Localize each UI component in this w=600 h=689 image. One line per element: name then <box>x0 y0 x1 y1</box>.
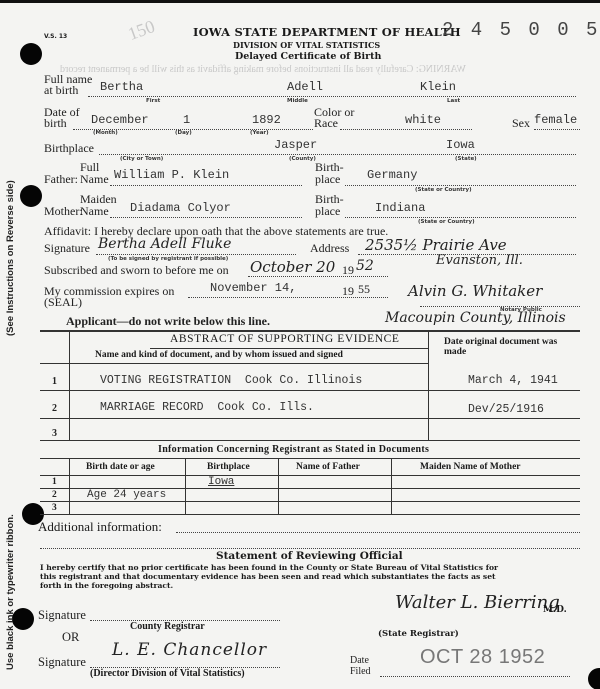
birthplace-label: Birthplace <box>44 141 94 156</box>
address-label: Address <box>310 241 349 256</box>
year-caption: (Year) <box>250 130 269 136</box>
director-signature-label: Signature <box>38 655 86 670</box>
side-ink-note: Use black ink or typewriter ribbon. <box>5 514 16 670</box>
sworn-date: October 20 <box>250 258 335 276</box>
header-division: DIVISION OF VITAL STATISTICS <box>233 40 380 50</box>
father-birthplace-label-2: place <box>315 172 340 187</box>
certificate-number: 2 4 5 0 0 5 <box>442 19 600 41</box>
county-caption: (County) <box>289 156 316 162</box>
info-header-father: Name of Father <box>296 462 360 472</box>
mother-name-label-2: Name <box>80 204 109 219</box>
table-rule <box>40 501 580 502</box>
dotted-line <box>345 217 576 218</box>
address-line-2: Evanston, Ill. <box>436 253 523 268</box>
dotted-line <box>188 297 388 298</box>
table-rule <box>40 390 580 391</box>
state-registrar-caption: (State Registrar) <box>378 629 459 639</box>
punch-hole <box>20 43 42 65</box>
birth-day: 1 <box>183 113 190 127</box>
or-label: OR <box>62 630 79 645</box>
day-caption: (Day) <box>175 130 192 136</box>
registrant-info-title: Information Concerning Registrant as Sta… <box>158 444 429 455</box>
punch-hole <box>20 185 42 207</box>
table-divider <box>185 458 186 514</box>
sex-label: Sex <box>512 116 530 131</box>
abstract-row-1-num: 1 <box>52 376 57 387</box>
abstract-col2-header: Date original document was made <box>444 337 574 357</box>
scan-top-edge <box>0 0 600 3</box>
abstract-col1-header: Name and kind of document, and by whom i… <box>95 350 343 360</box>
header-title: IOWA STATE DEPARTMENT OF HEALTH <box>193 25 461 39</box>
info-row-1-birthplace: Iowa <box>208 476 234 488</box>
birthplace-county: Jasper <box>274 138 317 152</box>
reviewing-text-3: forth in the foregoing abstract. <box>40 581 173 590</box>
state-caption: (State) <box>455 156 477 162</box>
abstract-row-1-date: March 4, 1941 <box>468 374 558 387</box>
table-divider <box>278 458 279 514</box>
sworn-year-prefix: 19 <box>342 263 354 278</box>
birthplace-state: Iowa <box>446 138 475 152</box>
seal-label: (SEAL) <box>44 295 82 310</box>
signature-caption: (To be signed by registrant if possible) <box>108 256 228 262</box>
race-value: white <box>405 113 441 127</box>
dotted-line <box>110 185 302 186</box>
date-filed-stamp: OCT 28 1952 <box>420 646 545 669</box>
table-divider <box>69 332 70 440</box>
table-rule <box>40 475 580 476</box>
table-rule <box>40 418 580 419</box>
reviewing-text-1: I hereby certify that no prior certifica… <box>40 563 498 572</box>
abstract-row-2-document: MARRIAGE RECORD Cook Co. Ills. <box>100 401 314 414</box>
notary-signature: Alvin G. Whitaker <box>408 282 542 300</box>
info-row-2-num: 2 <box>52 490 57 500</box>
mother-birthplace: Indiana <box>375 201 425 215</box>
abstract-row-2-num: 2 <box>52 403 57 414</box>
table-rule <box>40 514 580 515</box>
reviewing-title: Statement of Reviewing Official <box>216 550 403 562</box>
county-signature-label: Signature <box>38 608 86 623</box>
registrant-signature: Bertha Adell Fluke <box>98 236 231 252</box>
table-divider <box>428 332 429 440</box>
county-registrar-caption: County Registrar <box>130 621 205 632</box>
info-row-2-birth: Age 24 years <box>87 489 166 501</box>
side-instructions: (See Instructions on Reverse side) <box>5 180 16 336</box>
state-registrar-signature: Walter L. Bierring <box>395 592 560 613</box>
table-rule <box>40 363 428 364</box>
dotted-line <box>534 129 580 130</box>
info-header-birth: Birth date or age <box>86 462 155 472</box>
info-row-1-num: 1 <box>52 477 57 487</box>
reviewing-text-2: this registrant and that documentary evi… <box>40 572 496 581</box>
header-subtitle: Delayed Certificate of Birth <box>235 51 381 62</box>
info-header-birthplace: Birthplace <box>207 462 250 472</box>
table-rule <box>150 348 428 349</box>
form-code: V.S. 13 <box>44 33 67 40</box>
father-birthplace: Germany <box>367 168 417 182</box>
dotted-line <box>40 548 580 549</box>
table-rule <box>40 458 580 459</box>
month-caption: (Month) <box>93 130 118 136</box>
info-row-3-num: 3 <box>52 503 57 513</box>
father-name: William P. Klein <box>114 168 229 182</box>
table-divider <box>391 458 392 514</box>
date-filed-label-1: Date <box>350 655 369 666</box>
middle-name: Adell <box>287 80 323 94</box>
dotted-line <box>345 185 576 186</box>
md-label: M.D. <box>543 605 567 615</box>
birth-year: 1892 <box>252 113 281 127</box>
middle-caption: Middle <box>287 98 308 104</box>
mother-birthplace-label-2: place <box>315 204 340 219</box>
dotted-line <box>340 129 472 130</box>
dotted-line <box>96 254 296 255</box>
address-line-1: 2535½ Prairie Ave <box>365 236 507 254</box>
punch-hole <box>588 668 600 689</box>
father-name-label-2: Name <box>80 172 109 187</box>
additional-info-label: Additional information: <box>38 519 162 535</box>
commission-date: November 14, <box>210 281 296 295</box>
table-border <box>40 330 580 332</box>
dotted-line <box>99 154 576 155</box>
abstract-title: ABSTRACT OF SUPPORTING EVIDENCE <box>170 333 400 345</box>
abstract-row-2-date: Dev/25/1916 <box>468 403 544 416</box>
dotted-line <box>176 532 580 533</box>
birth-month: December <box>91 113 149 127</box>
sex-value: female <box>534 113 577 127</box>
dotted-line <box>110 217 302 218</box>
commission-year: 55 <box>358 282 370 297</box>
dotted-line <box>88 96 576 97</box>
first-caption: First <box>146 98 160 104</box>
table-divider <box>69 458 70 514</box>
mother-birthplace-caption: (State or Country) <box>418 219 475 225</box>
last-name: Klein <box>420 80 456 94</box>
last-caption: Last <box>447 98 460 104</box>
signature-label: Signature <box>44 241 90 256</box>
abstract-row-3-num: 3 <box>52 428 57 439</box>
dotted-line <box>248 276 388 277</box>
notary-county: Macoupin County, Illinois <box>385 310 566 326</box>
table-rule <box>40 440 580 441</box>
date-filed-label-2: Filed <box>350 666 371 677</box>
at-birth-label: at birth <box>44 83 78 98</box>
info-header-mother: Maiden Name of Mother <box>420 462 521 472</box>
sworn-label: Subscribed and sworn to before me on <box>44 263 229 278</box>
mother-name: Diadama Colyor <box>130 201 231 215</box>
father-label: Father: <box>44 172 78 187</box>
ghost-warning: WARNING: Carefully read all instructions… <box>60 64 466 75</box>
applicant-note: Applicant—do not write below this line. <box>66 314 270 329</box>
city-caption: (City or Town) <box>120 156 163 162</box>
abstract-row-1-document: VOTING REGISTRATION Cook Co. Illinois <box>100 374 362 387</box>
dotted-line <box>380 676 570 677</box>
race-label-2: Race <box>314 116 338 131</box>
mother-label: Mother: <box>44 204 83 219</box>
ghost-stamp: 150 <box>125 16 158 45</box>
first-name: Bertha <box>100 80 143 94</box>
sworn-year: 52 <box>356 258 374 274</box>
director-signature: L. E. Chancellor <box>112 640 267 660</box>
dob-label-2: birth <box>44 116 67 131</box>
director-caption: (Director Division of Vital Statistics) <box>90 668 245 679</box>
father-birthplace-caption: (State or Country) <box>415 187 472 193</box>
commission-year-prefix: 19 <box>342 284 354 299</box>
